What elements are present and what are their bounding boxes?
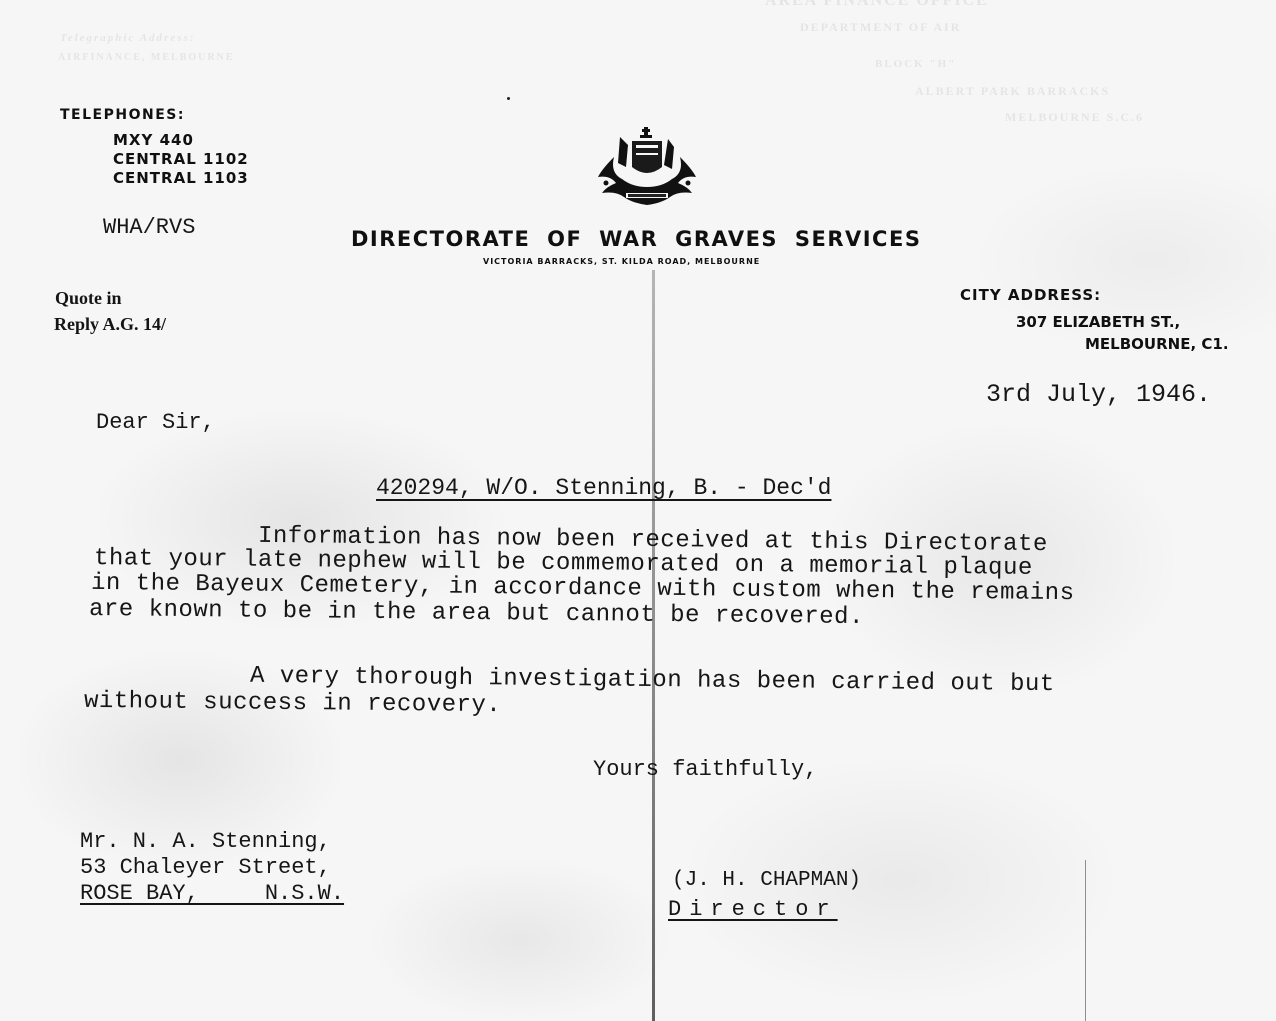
show-through-text: Telegraphic Address: [60,32,195,44]
show-through-text: BLOCK "H" [875,58,956,70]
telephones-label: TELEPHONES: [60,107,185,123]
salutation: Dear Sir, [96,410,215,435]
coat-of-arms-icon [592,127,702,211]
ink-speck [507,97,510,100]
quote-reply-ref: Reply A.G. 14/ [54,314,166,335]
closing: Yours faithfully, [593,757,817,782]
recipient-street: 53 Chaleyer Street, [80,855,331,880]
signatory-name: (J. H. CHAPMAN) [672,869,861,892]
signatory-title: Director [668,897,838,922]
reference-code: WHA/RVS [103,215,195,240]
organization-address: VICTORIA BARRACKS, ST. KILDA ROAD, MELBO… [483,257,760,266]
telephone-number: CENTRAL 1103 [113,169,249,187]
paper-fold-line [652,270,655,1021]
show-through-text: MELBOURNE S.C.6 [1005,110,1144,125]
telephone-number: MXY 440 [113,131,194,149]
city-address-line: 307 ELIZABETH ST., [1016,313,1180,331]
quote-label: Quote in [55,288,122,309]
show-through-text: ALBERT PARK BARRACKS [915,84,1110,99]
recipient-name: Mr. N. A. Stenning, [80,829,331,854]
show-through-text: AIRFINANCE, MELBOURNE [58,52,234,63]
show-through-text: DEPARTMENT OF AIR [800,20,961,35]
body-line: without success in recovery. [84,688,502,719]
letter-page: AREA FINANCE OFFICE DEPARTMENT OF AIR BL… [0,0,1276,1021]
show-through-text: AREA FINANCE OFFICE [765,0,989,10]
city-address-label: CITY ADDRESS: [960,286,1101,304]
paper-fold-line [1085,860,1086,1021]
telephone-number: CENTRAL 1102 [113,150,249,168]
organization-title: DIRECTORATE OF WAR GRAVES SERVICES [351,227,921,251]
city-address-line: MELBOURNE, C1. [1085,335,1229,353]
subject-line: 420294, W/O. Stenning, B. - Dec'd [376,475,831,501]
letter-date: 3rd July, 1946. [986,380,1211,409]
recipient-suburb: ROSE BAY, N.S.W. [80,881,344,906]
